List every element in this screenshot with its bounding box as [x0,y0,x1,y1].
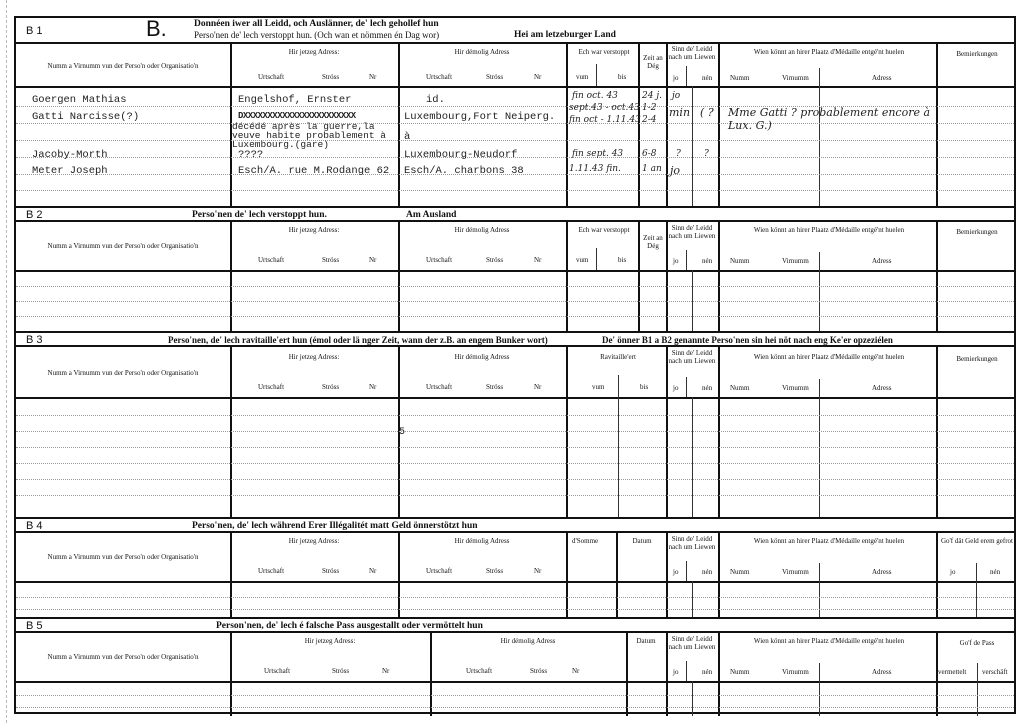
header-alive: Sinn de' Leidd nach um Liewen [667,45,717,61]
header-number: Nr [534,256,541,264]
header-yes: jo [673,257,678,265]
header-hidden-period: Ech war verstoppt [568,48,640,56]
scan-edge-marks [6,0,9,723]
section-b4: B 4 Perso'nen, de' lech während Erer Ill… [16,517,1014,617]
row-name: Gatti Narcisse(?) [32,111,139,123]
row-period: sept.43 - oct.43 [569,103,640,113]
header-number: Nr [534,567,541,575]
header-number: Nr [382,667,389,675]
section-id: B 3 [26,334,43,346]
header-locality: Urtschaft [466,667,492,675]
header-hidden-period: Ech war verstoppt [568,226,640,234]
row-period: fin sept. 43 [572,149,623,159]
section-b3: B 3 Perso'nen, de' lech ravitaille'ert h… [16,331,1014,517]
header-medal: Wien könnt an hirer Plaatz d'Médaille en… [720,637,938,646]
header-name: Numm a Virnumm vun der Perso'n oder Orga… [16,62,230,70]
header-street: Stróss [486,73,503,81]
row-days: 24 j. [642,91,662,101]
section-title-bar: B 4 Perso'nen, de' lech während Erer Ill… [16,517,1014,533]
header-ravitaille: Ravitaille'ert [568,353,668,361]
header-locality: Urtschaft [258,567,284,575]
header-yes: jo [673,568,678,576]
header-from: vum [576,73,588,81]
header-surname: Numm [730,568,749,576]
header-medal: Wien könnt an hirer Plaatz d'Médaille en… [720,537,938,546]
row-period: fin oct. 43 [572,91,618,101]
header-firstname: Virnumm [782,384,809,392]
row-medal-recipient: Mme Gatti ? probablement encore à Lux. G… [728,106,938,132]
header-firstname: Virnumm [782,257,809,265]
header-current-address: Hir jetzeg Adress: [230,353,398,361]
row-period: 1.11.43 fin. [569,164,621,174]
header-locality: Urtschaft [264,667,290,675]
header-current-address: Hir jetzeg Adress: [230,637,430,645]
header-sum: d'Somme [572,537,598,545]
header-street: Stróss [486,383,503,391]
header-locality: Urtschaft [426,383,452,391]
section-title: Perso'nen de' lech verstoppt hun. [192,210,327,220]
header-current-address: Hir jetzeg Adress: [230,537,398,545]
section-b5: B 5 Person'nen, de' lech é falsche Pass … [16,617,1014,716]
header-firstname: Virnumm [782,74,809,82]
header-divider [16,86,1014,88]
header-former-address: Hir démolig Adress [430,637,626,645]
row-former-address: Luxembourg,Fort Neiperg. [404,111,555,123]
header-no: nén [990,568,1000,576]
header-street: Stróss [322,73,339,81]
header-money-returned: Go'f dät Geld erem gefrot [936,537,1018,546]
header-address: Adress [872,257,891,265]
header-no: nén [702,568,712,576]
header-no: nén [702,668,712,676]
row-alive-yes: jo [670,164,680,177]
header-alive: Sinn de' Leidd nach um Liewen [667,224,717,240]
section-b1: B 1 B. Donnéen iwer all Leidd, och Auslä… [16,18,1014,206]
header-former-address: Hir démolig Adress [398,226,566,234]
header-yes: jo [673,74,678,82]
row-former-address: Esch/A. charbons 38 [404,165,524,177]
header-number: Nr [369,567,376,575]
header-medal: Wien könnt an hirer Plaatz d'Médaille en… [720,48,938,57]
header-duration: Zeit an Dég [640,234,666,250]
section-id: B 5 [26,620,43,632]
header-locality: Urtschaft [426,567,452,575]
header-no: nén [702,257,712,265]
row-days: 1-2 [642,103,657,113]
row-alive-no: ? [704,149,709,159]
header-to: bis [640,383,648,391]
header-street: Stróss [486,567,503,575]
header-number: Nr [369,383,376,391]
header-remarks: Bemierkungen [936,355,1018,363]
row-days: 1 an [642,164,662,174]
section-title: Perso'nen, de' lech während Erer Illégal… [192,521,478,531]
section-title: Person'nen, de' lech é falsche Pass ausg… [216,621,483,631]
header-from: vum [592,383,604,391]
header-number: Nr [534,73,541,81]
row-name: Jacoby-Morth [32,149,108,161]
header-current-address: Hir jetzeg Adress: [230,226,398,234]
header-firstname: Virnumm [782,668,809,676]
header-locality: Urtschaft [426,256,452,264]
header-street: Stróss [486,256,503,264]
header-address: Adress [872,384,891,392]
header-former-address: Hir démolig Adress [398,48,566,56]
section-b2: B 2 Perso'nen de' lech verstoppt hun. Am… [16,206,1014,331]
section-title-line1: Donnéen iwer all Leidd, och Auslänner, d… [194,19,439,29]
row-alive-yes: ? [676,149,681,159]
stray-mark: 5 [399,427,405,438]
header-remarks: Bemierkungen [936,228,1018,236]
header-address: Adress [872,668,891,676]
header-to: bis [618,256,626,264]
header-street: Stróss [332,667,349,675]
section-title-right: De' önner B1 a B2 genannte Perso'nen sin… [602,335,893,345]
section-id: B 1 [26,25,43,37]
header-medal: Wien könnt an hirer Plaatz d'Médaille en… [720,353,938,362]
header-number: Nr [369,73,376,81]
row-current-address-struck: DXXXXXXXXXXXXXXXXXXXXXXX [238,111,356,121]
row-period: fin oct - 1.11.43 [569,115,641,125]
header-locality: Urtschaft [426,73,452,81]
section-title: Perso'nen, de' lech ravitaille'ert hun (… [168,335,548,345]
header-yes: jo [673,384,678,392]
section-title-right: Hei am letzeburger Land [514,30,616,40]
row-name: Goergen Mathias [32,94,127,106]
header-number: Nr [369,256,376,264]
row-days: 2-4 [642,115,657,125]
header-address: Adress [872,74,891,82]
header-duration: Zeit an Dég [640,54,666,70]
row-current-address: Esch/A. rue M.Rodange 62 [238,165,389,177]
row-former-address: id. [426,94,445,106]
section-title-bar: B 2 Perso'nen de' lech verstoppt hun. Am… [16,206,1014,222]
header-number: Nr [534,383,541,391]
header-name: Numm a Virnumm vun der Perso'n oder Orga… [16,653,230,661]
header-from: vum [576,256,588,264]
header-number: Nr [572,667,579,675]
section-id: B 4 [26,520,43,532]
section-title-right: Am Ausland [406,210,456,220]
header-street: Stróss [322,567,339,575]
header-surname: Numm [730,384,749,392]
row-former-address: à [404,131,410,143]
header-firstname: Virnumm [782,568,809,576]
header-alive: Sinn de' Leidd nach um Liewen [667,349,717,365]
header-mediated: vermettelt [938,668,966,676]
form-sheet: B 1 B. Donnéen iwer all Leidd, och Auslä… [14,16,1016,714]
header-locality: Urtschaft [258,383,284,391]
header-passport: Go'f de Pass [936,639,1018,647]
row-former-address: Luxembourg-Neudorf [404,149,517,161]
header-surname: Numm [730,74,749,82]
header-name: Numm a Virnumm vun der Perso'n oder Orga… [16,242,230,250]
header-surname: Numm [730,668,749,676]
header-alive: Sinn de' Leidd nach um Liewen [667,635,717,651]
header-name: Numm a Virnumm vun der Perso'n oder Orga… [16,553,230,561]
header-street: Stróss [322,383,339,391]
header-remarks: Bemierkungen [936,50,1018,58]
row-days: 6-8 [642,149,657,159]
section-title-bar: B 3 Perso'nen, de' lech ravitaille'ert h… [16,331,1014,347]
header-alive: Sinn de' Leidd nach um Liewen [667,535,717,551]
row-name: Meter Joseph [32,165,108,177]
header-date: Datum [626,637,666,645]
row-current-address: ???? [238,149,263,161]
form-letter: B. [146,16,167,42]
row-alive-no: ( ? [700,106,714,119]
header-current-address: Hir jetzeg Adress: [230,48,398,56]
header-medal: Wien könnt an hirer Plaatz d'Médaille en… [720,226,938,235]
row-current-address-note: décédé après la guerre,la veuve habite p… [232,122,398,149]
row-current-address: Engelshof, Ernster [238,94,351,106]
header-yes: jo [673,668,678,676]
section-id: B 2 [26,209,43,221]
header-street: Stróss [322,256,339,264]
header-no: nén [702,74,712,82]
header-procured: verschäft [982,668,1008,676]
header-to: bis [618,73,626,81]
header-address: Adress [872,568,891,576]
row-alive-yes: min [669,106,690,119]
header-surname: Numm [730,257,749,265]
header-former-address: Hir démolig Adress [398,537,566,545]
section-title-line2: Perso'nen de' lech verstoppt hun. (Och w… [194,30,439,40]
section-title-bar: B 1 B. Donnéen iwer all Leidd, och Auslä… [16,18,1014,44]
header-locality: Urtschaft [258,73,284,81]
row-alive-yes: jo [672,91,680,101]
header-former-address: Hir démolig Adress [398,353,566,361]
header-yes: jo [950,568,955,576]
section-title-bar: B 5 Person'nen, de' lech é falsche Pass … [16,617,1014,633]
header-name: Numm a Virnumm vun der Perso'n oder Orga… [16,369,230,377]
header-street: Stróss [530,667,547,675]
header-locality: Urtschaft [258,256,284,264]
header-date: Datum [618,537,666,545]
header-no: nén [702,384,712,392]
